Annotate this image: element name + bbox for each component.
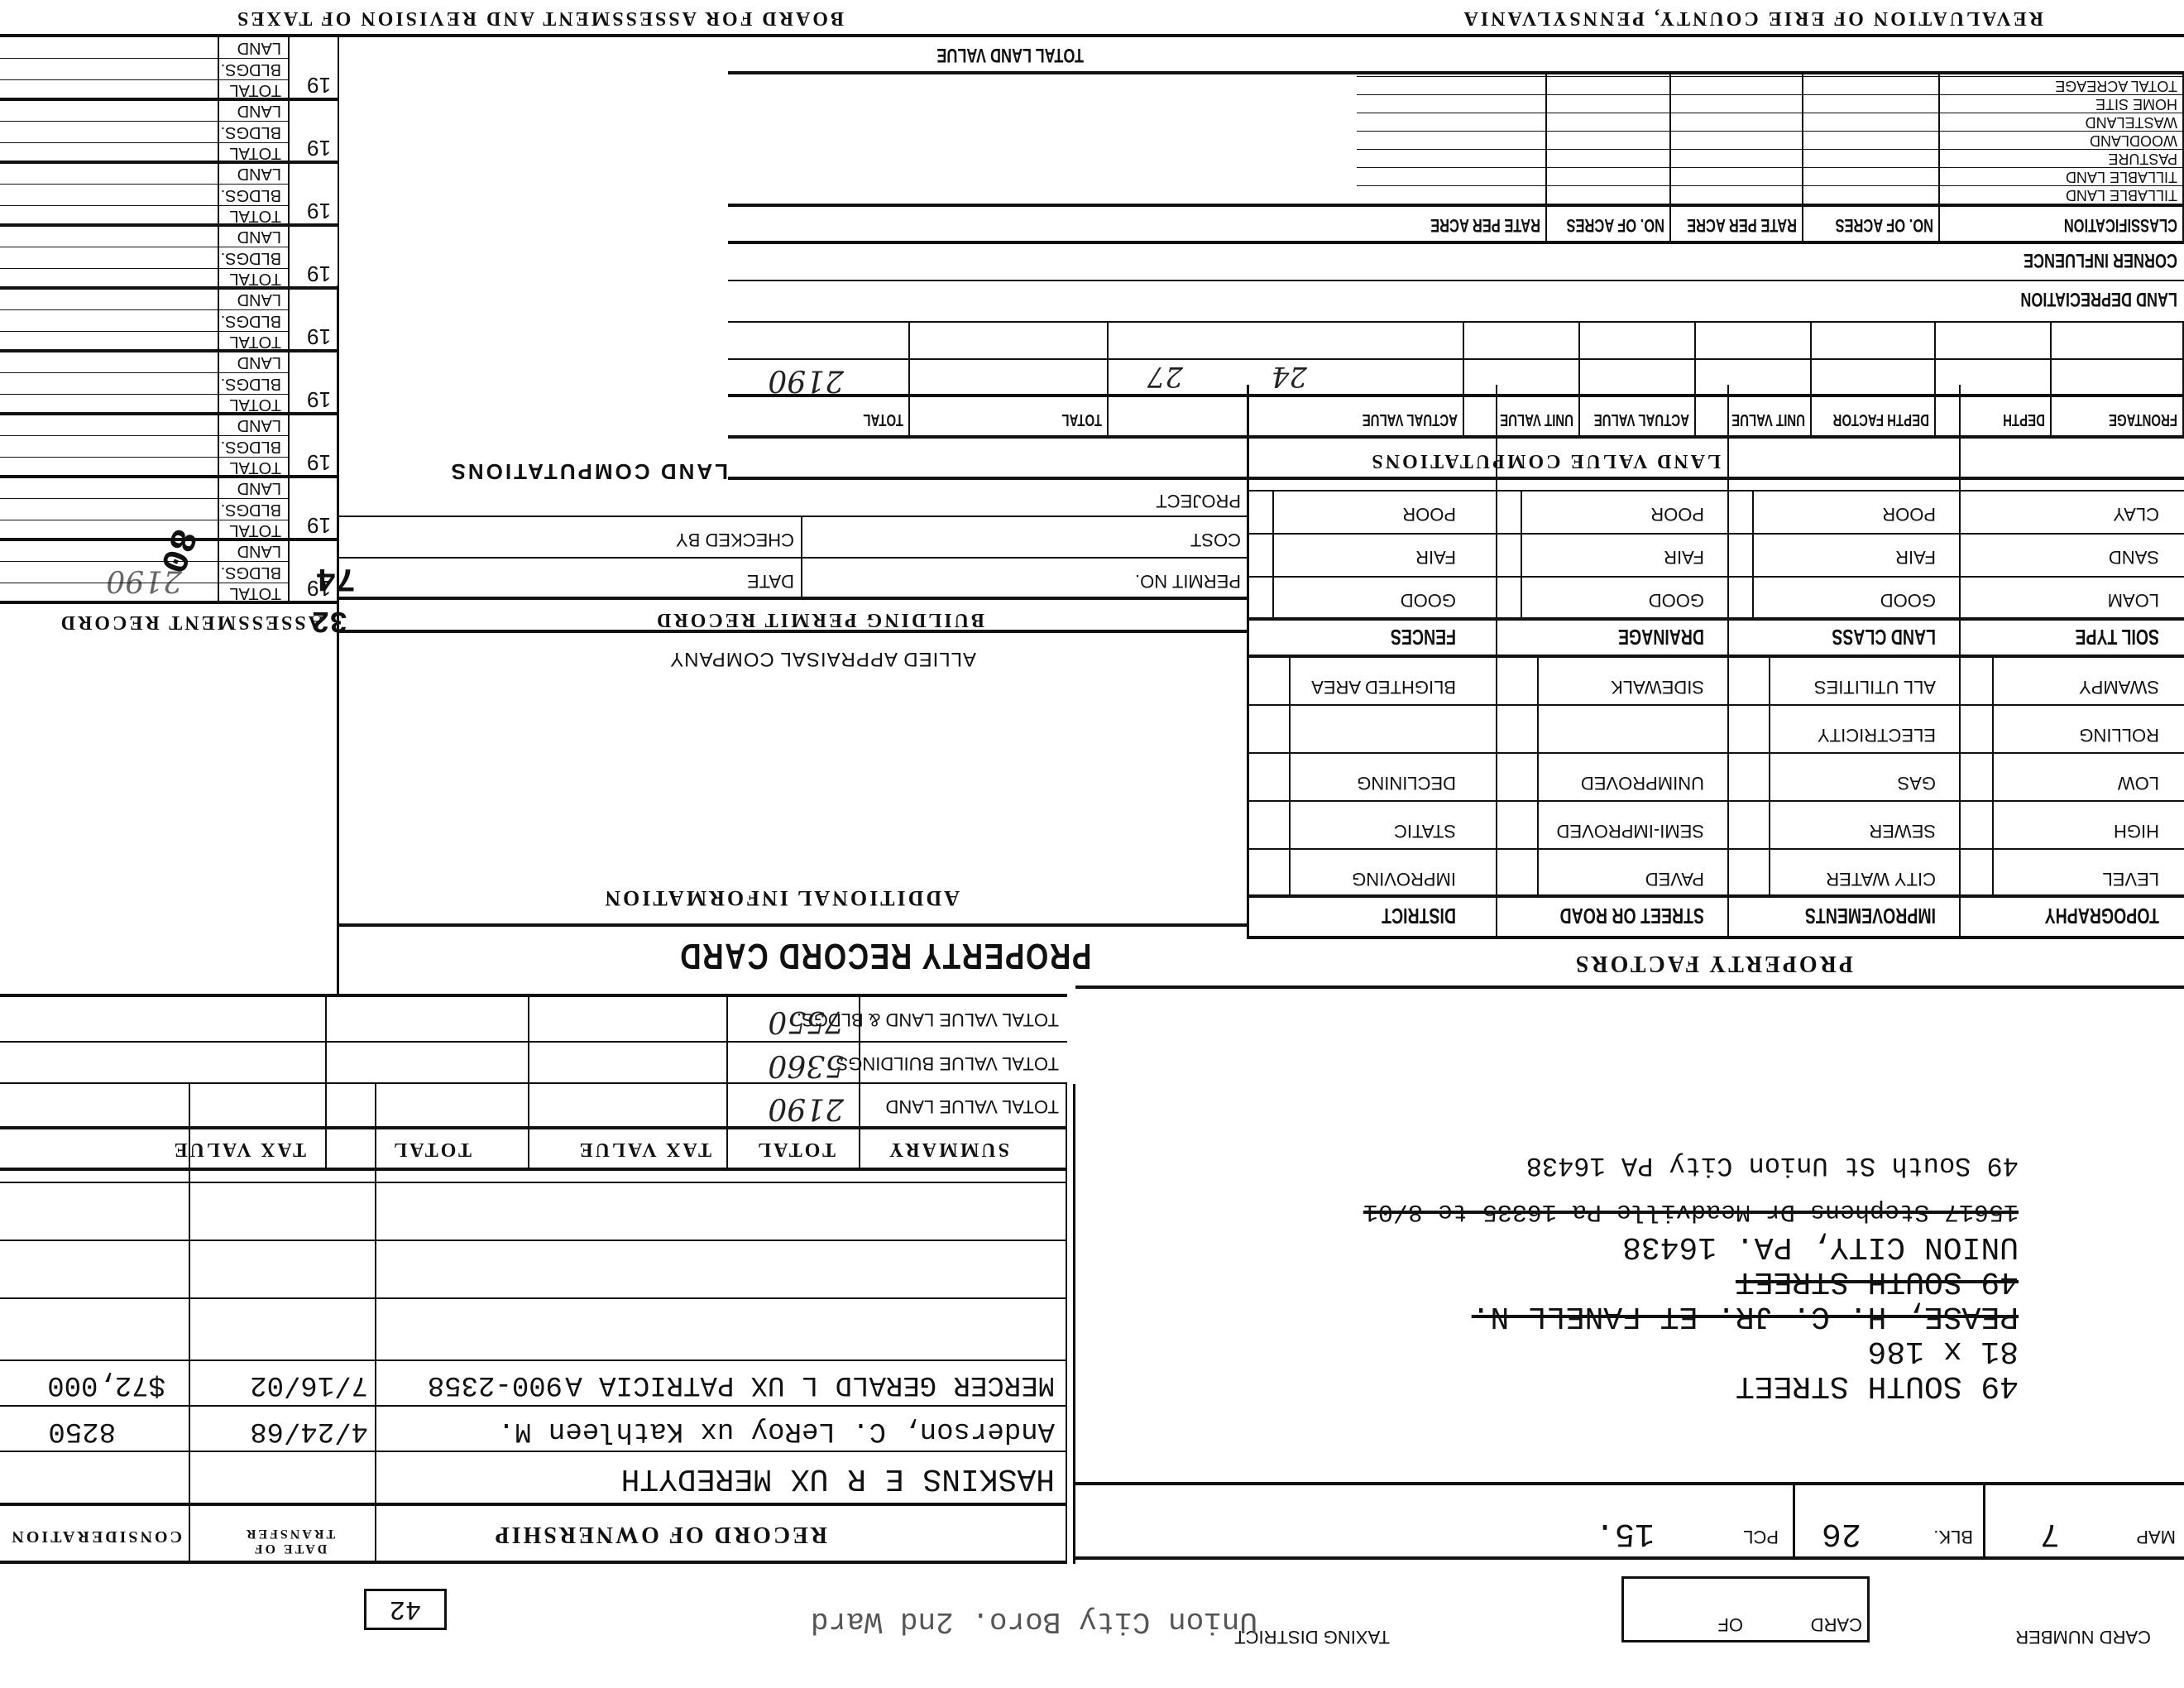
soil-header: FENCES [1391,624,1456,650]
pf-cell: PAVED [1645,870,1704,888]
assessment-row-label: BLDGS. [221,248,281,267]
land-depreciation-label: LAND DEPRECIATION [2020,287,2177,310]
assessment-row-label: LAND [237,478,281,497]
pf-cell: GAS [1898,774,1936,792]
pf-cell: DECLINING [1357,774,1456,792]
lv-header: DEPTH FACTOR [1833,410,1929,429]
box-number: 42 [364,1589,447,1630]
class-header: CLASSIFICATION [2064,214,2177,236]
owner-name: HASKINS E R UX MEREDYTH [621,1460,1056,1496]
actual-value-entry: 27 [1147,360,1183,393]
lv-total-entry: 2190 [768,363,844,397]
assessment-row-label: LAND [237,101,281,120]
lv-header: DEPTH [2003,410,2045,429]
permit-date-label: DATE [747,570,794,592]
assessment-row-label: BLDGS. [221,60,281,79]
assessment-row-label: LAND [237,290,281,309]
additional-info-title: ADDITIONAL INFORMATION [602,885,960,910]
soil-cell: CLAY [2113,503,2159,525]
assessment-row-label: BLDGS. [221,122,281,141]
lv-header: ACTUAL VALUE [1594,410,1689,429]
assessment-row-label: TOTAL [229,583,281,602]
summary-total-value: 5360 [768,1048,844,1082]
address-line-struck: 49 SOUTH STREET [1363,1264,2019,1298]
assessment-row-label: LAND [237,541,281,560]
assessment-row-label: LAND [237,415,281,434]
summary-total2-header: TOTAL [391,1138,472,1160]
total-land-value-label: TOTAL LAND VALUE [936,43,1084,66]
address-line: 81 x 186 [1363,1333,2019,1368]
soil-header: LAND CLASS [1832,624,1936,650]
permit-no-label: PERMIT NO. [1135,570,1241,592]
year-prefix: 19 [307,449,331,475]
consideration-header: CONSIDERATION [9,1527,182,1546]
transfer-date: 7/16/02 [250,1369,368,1400]
soil-header: SOIL TYPE [2075,624,2159,650]
pf-cell: HIGH [2114,822,2159,840]
assessment-stamp-side: 32 [312,603,347,637]
map-label: MAP [2136,1526,2176,1547]
taxing-district-value: Union City Boro. 2nd Ward [811,1604,1257,1638]
assessment-row-label: TOTAL [229,458,281,477]
assessment-row-label: TOTAL [229,332,281,351]
date-of-transfer-header: DATE OF TRANSFER [215,1526,364,1556]
pf-cell: LEVEL [2103,870,2160,888]
assessment-row-label: LAND [237,164,281,183]
pf-header: STREET OR ROAD [1560,903,1704,928]
address-line-struck: PEASE, H. C. JR. ET FANELL N. [1363,1298,2019,1333]
corner-influence-label: CORNER INFLUENCE [2024,248,2177,271]
soil-cell: FAIR [1895,546,1936,568]
assessment-row-label: TOTAL [229,80,281,99]
soil-cell: POOR [1650,503,1704,525]
soil-cell: POOR [1402,503,1456,525]
soil-cell: LOAM [2108,589,2159,611]
summary-row-label: TOTAL VALUE BUILDINGS [836,1053,1059,1074]
year-prefix: 19 [307,198,331,223]
pf-cell: ELECTRICITY [1818,726,1936,744]
address-block: 49 SOUTH STREET 81 x 186 PEASE, H. C. JR… [1363,1148,2019,1403]
class-header: RATE PER ACRE [1430,214,1540,236]
card-title: PROPERTY RECORD CARD [654,935,1117,976]
assessment-row-label: TOTAL [229,143,281,162]
summary-total-header: TOTAL [755,1138,836,1160]
summary-total-value: 7550 [768,1005,844,1038]
building-permit-title: BUILDING PERMIT RECORD [654,608,984,631]
soil-cell: FAIR [1415,546,1456,568]
taxing-district-label: TAXING DISTRICT [1291,1627,1390,1647]
lv-header: UNIT VALUE [1731,410,1805,429]
assessment-row-label: TOTAL [229,520,281,539]
assessment-row-label: BLDGS. [221,311,281,330]
address-line-struck: 15617 Stephens Dr Meadville Pa 16335 te … [1363,1194,2019,1229]
assessment-row-label: TOTAL [229,206,281,225]
year-prefix: 19 [307,575,331,601]
soil-cell: SAND [2109,546,2159,568]
land-value-title: LAND VALUE COMPUTATIONS [1369,449,1721,472]
summary-title: SUMMARY [887,1138,1009,1160]
top-title-right: BOARD FOR ASSESSMENT AND REVISION OF TAX… [235,7,844,29]
class-row-label: HOME SITE [2095,96,2177,113]
assessment-row-label: BLDGS. [221,563,281,582]
deed-ref: 900-2358 [428,1369,563,1400]
summary-tax-value2-header: TAX VALUE [172,1138,306,1160]
pf-cell: SEMI-IMPROVED [1557,822,1704,840]
assessment-row-label: LAND [237,352,281,372]
class-header: RATE PER ACRE [1687,214,1797,236]
summary-total-value: 2190 [768,1091,844,1125]
blk-value: 26 [1822,1514,1861,1551]
class-row-label: PASTURE [2108,151,2177,167]
card-label: CARD [1811,1614,1862,1635]
ownership-title: RECORD OF OWNERSHIP [493,1521,827,1547]
address-line: 49 South St Union City PA 16438 [1363,1148,2019,1182]
year-prefix: 19 [307,72,331,98]
project-label: PROJECT [1156,490,1241,511]
assessment-title: ASSESSMENT RECORD [59,611,323,633]
pf-cell: IMPROVING [1352,870,1456,888]
lv-header: FRONTAGE [2109,410,2177,429]
class-row-label: TOTAL ACREAGE [2055,78,2177,94]
assessment-row-label: BLDGS. [221,185,281,204]
soil-cell: GOOD [1401,589,1456,611]
pf-cell: CITY WATER [1826,870,1936,888]
land-computations-title: LAND COMPUTATIONS [449,458,728,484]
pcl-value: 15. [1595,1514,1655,1551]
lv-header: TOTAL [1061,410,1102,429]
pf-header: TOPOGRAPHY [2045,903,2159,928]
soil-cell: GOOD [1649,589,1704,611]
soil-header: DRAINAGE [1618,624,1704,650]
summary-row-label: TOTAL VALUE LAND [886,1096,1059,1117]
pf-cell: SEWER [1869,822,1936,840]
assessment-row-label: LAND [237,38,281,57]
pf-cell: STATIC [1394,822,1456,840]
year-prefix: 19 [307,386,331,412]
allied-appraisal: ALLIED APPRAISAL COMPANY [669,647,976,670]
cost-label: COST [1190,529,1241,550]
class-row-label: WASTELAND [2086,114,2177,131]
card-number-label: CARD NUMBER [2060,1627,2151,1647]
blk-label: BLK. [1933,1526,1973,1547]
assessment-row-label: BLDGS. [221,500,281,519]
pf-cell: SIDEWALK [1611,678,1704,696]
top-title-left: REVALUATION OF ERIE COUNTY, PENNSYLVANIA [1462,7,2043,29]
class-row-label: TILLABLE LAND [2066,187,2177,204]
property-factors-title: PROPERTY FACTORS [1573,950,1853,976]
address-line: 49 SOUTH STREET [1363,1368,2019,1403]
class-row-label: TILLABLE LAND [2066,169,2177,185]
card-of-label: OF [1717,1614,1743,1635]
unit-value-entry: 24 [1272,360,1307,393]
soil-cell: POOR [1882,503,1936,525]
pcl-label: PCL [1743,1526,1779,1547]
assessment-row-label: TOTAL [229,395,281,414]
address-line: UNION CITY, PA. 16438 [1363,1229,2019,1264]
assessment-row-label: BLDGS. [221,374,281,393]
pf-cell: ROLLING [2079,726,2159,744]
assessment-row-label: BLDGS. [221,437,281,456]
consideration: 8250 [48,1415,116,1446]
year-prefix: 19 [307,324,331,349]
pf-cell: BLIGHTED AREA [1311,678,1456,696]
pf-header: DISTRICT [1382,903,1456,928]
pf-header: IMPROVEMENTS [1805,903,1936,928]
owner-name: MERCER GERALD L UX PATRICIA A [565,1369,1055,1400]
class-row-label: WOODLAND [2090,132,2177,149]
summary-tax-value-header: TAX VALUE [577,1138,711,1160]
pf-cell: ALL UTILITIES [1814,678,1936,696]
assessment-row-label: TOTAL [229,269,281,288]
card-of-box: CARD OF [1621,1576,1870,1642]
owner-name: Anderson, C. LeRoy ux Kathleen M. [498,1415,1055,1446]
map-value: 7 [2040,1514,2060,1551]
year-prefix: 19 [307,512,331,538]
lv-header: UNIT VALUE [1500,410,1573,429]
year-prefix: 19 [307,135,331,161]
year-prefix: 19 [307,261,331,286]
assessment-row-label: LAND [237,227,281,246]
pf-cell: SWAMPY [2079,678,2159,696]
pf-cell: LOW [2118,774,2159,792]
checked-by-label: CHECKED BY [676,529,794,550]
transfer-date: 4/24/68 [250,1415,368,1446]
consideration: $72,000 [47,1369,165,1400]
soil-cell: FAIR [1664,546,1704,568]
pf-cell: UNIMPROVED [1581,774,1704,792]
property-record-card: CARD NUMBER CARD OF TAXING DISTRICT Unio… [0,0,2184,1688]
soil-cell: GOOD [1880,589,1936,611]
class-header: NO. OF ACRES [1835,214,1933,236]
class-header: NO. OF ACRES [1566,214,1664,236]
lv-header: TOTAL [863,410,903,429]
lv-header: ACTUAL VALUE [1363,410,1458,429]
